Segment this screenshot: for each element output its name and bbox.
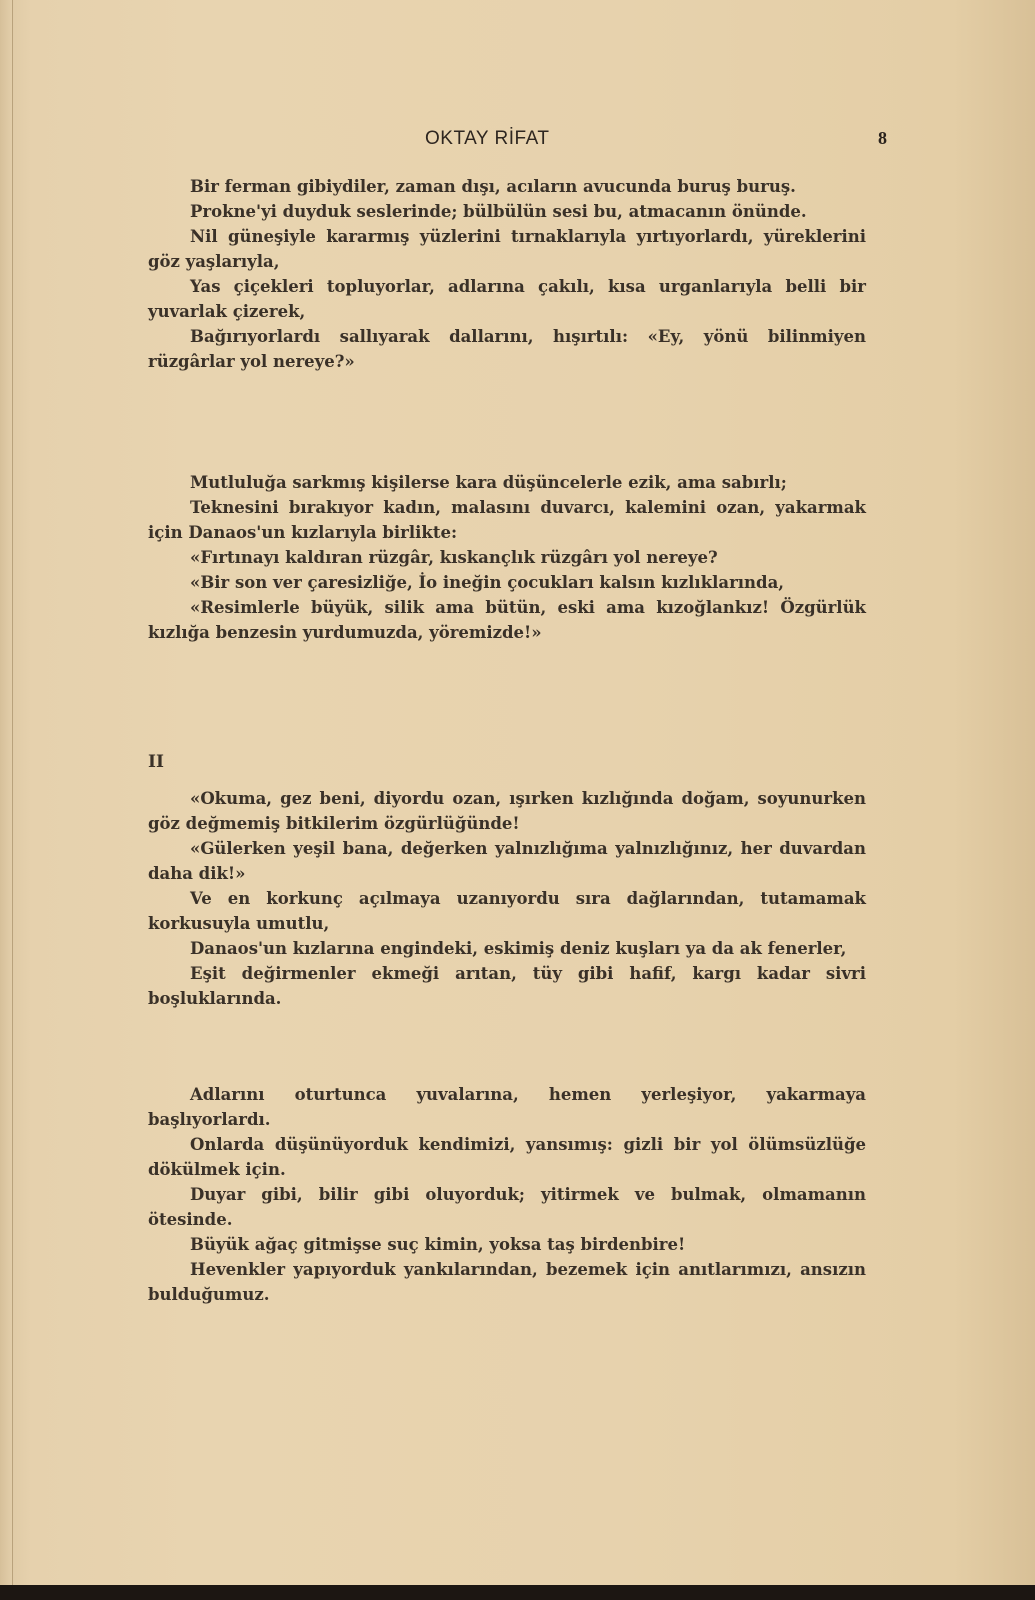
scan-bottom-border [0, 1585, 1035, 1600]
poem-line: Ve en korkunç açılmaya uzanıyordu sıra d… [148, 886, 866, 936]
poem-line: Hevenkler yapıyorduk yankılarından, beze… [148, 1257, 866, 1307]
section-two-stanza-2: Adlarını oturtunca yuvalarına, hemen yer… [148, 1082, 866, 1307]
poem-line: «Okuma, gez beni, diyordu ozan, ışırken … [148, 786, 866, 836]
poem-line: Mutluluğa sarkmış kişilerse kara düşünce… [148, 470, 866, 495]
poem-line: Prokne'yi duyduk seslerinde; bülbülün se… [148, 199, 866, 224]
section-two-stanza-1: «Okuma, gez beni, diyordu ozan, ışırken … [148, 786, 866, 1011]
poem-line: Teknesini bırakıyor kadın, malasını duva… [148, 495, 866, 545]
book-page: OKTAY RİFAT 8 Bir ferman gibiydiler, zam… [0, 0, 1035, 1585]
poem-line: Bir ferman gibiydiler, zaman dışı, acıla… [148, 174, 866, 199]
poem-line: Onlarda düşünüyorduk kendimizi, yansımış… [148, 1132, 866, 1182]
poem-line: Duyar gibi, bilir gibi oluyorduk; yitirm… [148, 1182, 866, 1232]
poem-line: «Gülerken yeşil bana, değerken yalnızlığ… [148, 836, 866, 886]
poem-line: Bağırıyorlardı sallıyarak dallarını, hış… [148, 324, 866, 374]
page-spine-edge [0, 0, 13, 1585]
page-number: 8 [878, 128, 887, 149]
poem-line: «Fırtınayı kaldıran rüzgâr, kıskançlık r… [148, 545, 866, 570]
poem-line: Büyük ağaç gitmişse suç kimin, yoksa taş… [148, 1232, 866, 1257]
poem-line: Yas çiçekleri topluyorlar, adlarına çakı… [148, 274, 866, 324]
page-header: OKTAY RİFAT 8 [0, 128, 1035, 154]
poem-line: Adlarını oturtunca yuvalarına, hemen yer… [148, 1082, 866, 1132]
poem-line: «Resimlerle büyük, silik ama bütün, eski… [148, 595, 866, 645]
section-numeral: II [148, 752, 164, 772]
stanza-1: Bir ferman gibiydiler, zaman dışı, acıla… [148, 174, 866, 374]
poem-line: Nil güneşiyle kararmış yüzlerini tırnakl… [148, 224, 866, 274]
stanza-2: Mutluluğa sarkmış kişilerse kara düşünce… [148, 470, 866, 645]
poem-line: «Bir son ver çaresizliğe, İo ineğin çocu… [148, 570, 866, 595]
poem-line: Danaos'un kızlarına engindeki, eskimiş d… [148, 936, 866, 961]
running-title: OKTAY RİFAT [425, 128, 549, 150]
poem-line: Eşit değirmenler ekmeği arıtan, tüy gibi… [148, 961, 866, 1011]
